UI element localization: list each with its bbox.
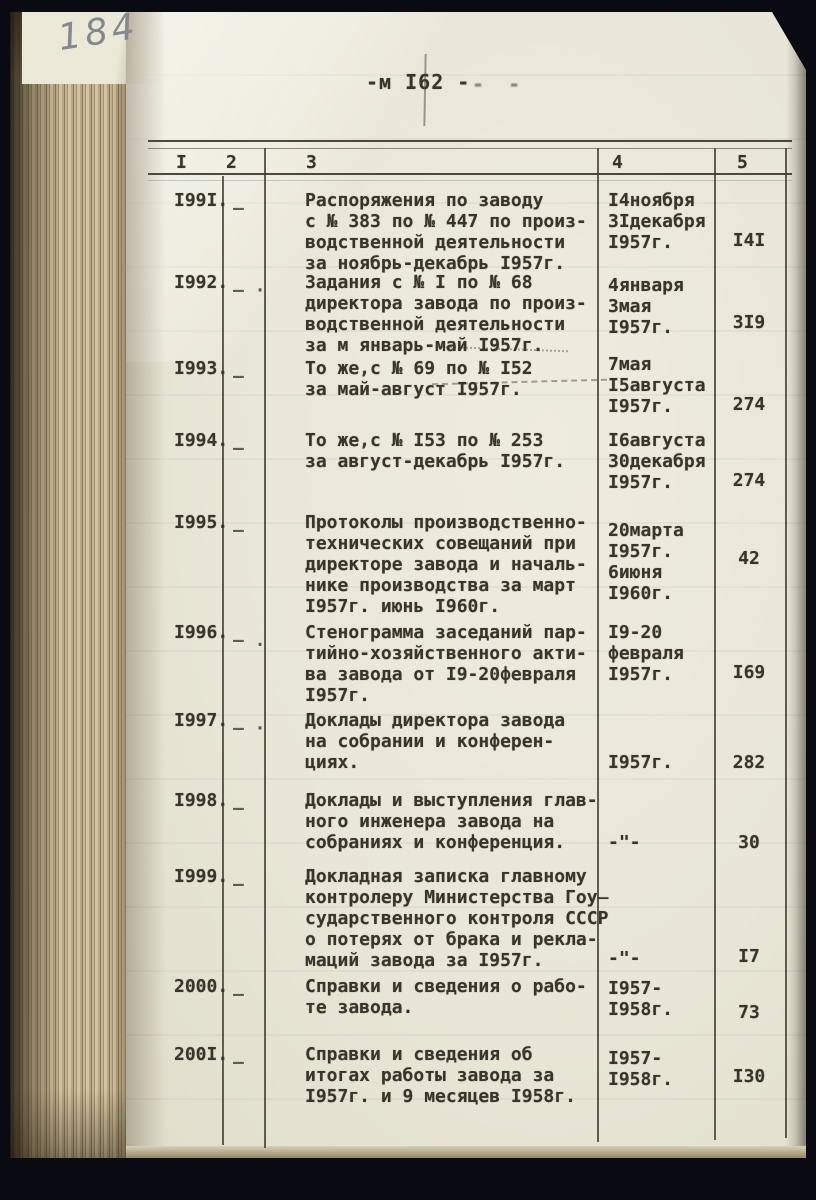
- row-check-mark: —: [233, 198, 244, 219]
- page-bottom-edge: [126, 1146, 806, 1158]
- row-description-line: циях.: [305, 752, 359, 773]
- row-description-line: директоре завода и началь-: [305, 554, 587, 575]
- row-number: 200I.: [174, 1044, 228, 1065]
- row-number: 2000.: [174, 976, 228, 997]
- row-sheet-count: I4I: [714, 230, 784, 251]
- table-rule-top: [148, 140, 792, 142]
- table-right-border: [785, 148, 787, 1138]
- column-divider-4-5: [714, 148, 716, 1140]
- row-sheet-count: 274: [714, 394, 784, 415]
- row-description-line: за май-август I957г.: [305, 379, 522, 400]
- row-dates-line: I957-: [608, 1048, 662, 1069]
- row-number: I995.: [174, 512, 228, 533]
- row-description-line: за м январь-май I957г.: [305, 335, 543, 356]
- row-dates-line: I958г.: [608, 1069, 673, 1090]
- row-description-line: Стенограмма заседаний пар-: [305, 622, 587, 643]
- row-check-mark: — .: [233, 630, 266, 651]
- column-divider-1-2: [222, 176, 224, 1145]
- row-sheet-count: 274: [714, 470, 784, 491]
- column-divider-3-4: [597, 148, 599, 1142]
- row-description-line: директора завода по произ-: [305, 293, 587, 314]
- row-number: I997.: [174, 710, 228, 731]
- row-description-line: маций завода за I957г.: [305, 950, 543, 971]
- row-description-line: То же,с № I53 по № 253: [305, 430, 543, 451]
- row-dates-line: -"-: [608, 832, 641, 853]
- row-description-line: сударственного контроля СССР: [305, 908, 608, 929]
- row-description-line: Задания с № I по № 68: [305, 272, 533, 293]
- row-dates-line: I4ноября: [608, 190, 695, 211]
- row-dates-line: I5августа: [608, 375, 706, 396]
- row-dates-line: I957г.: [608, 752, 673, 773]
- row-dates-line: I957г.: [608, 317, 673, 338]
- row-check-mark: —: [233, 874, 244, 895]
- row-dates-line: I957г.: [608, 472, 673, 493]
- row-check-mark: —: [233, 1052, 244, 1073]
- row-sheet-count: I69: [714, 662, 784, 683]
- row-number: I993.: [174, 358, 228, 379]
- row-dates-line: I960г.: [608, 583, 673, 604]
- row-sheet-count: 30: [714, 832, 784, 853]
- row-description-line: Доклады директора завода: [305, 710, 565, 731]
- table-rule-top-2: [148, 148, 792, 149]
- row-description-line: Справки и сведения об: [305, 1044, 533, 1065]
- row-number: I992.: [174, 272, 228, 293]
- column-header-3: 3: [306, 152, 317, 173]
- row-description-line: технических совещаний при: [305, 533, 576, 554]
- row-description-line: Справки и сведения о рабо-: [305, 976, 587, 997]
- row-description-line: нике производства за март: [305, 575, 576, 596]
- row-description-line: ва завода от I9-20февраля: [305, 664, 576, 685]
- row-number: I998.: [174, 790, 228, 811]
- column-header-2: 2: [226, 152, 237, 173]
- row-dates-line: I957г.: [608, 396, 673, 417]
- row-check-mark: —: [233, 366, 244, 387]
- row-description-line: Протоколы производственно-: [305, 512, 587, 533]
- row-description-line: те завода.: [305, 997, 413, 1018]
- ink-smudge: - -: [472, 74, 520, 95]
- row-description-line: То же,с № 69 по № I52: [305, 358, 533, 379]
- column-header-1: I: [176, 152, 187, 173]
- row-dates-line: I957г.: [608, 664, 673, 685]
- row-dates-line: -"-: [608, 948, 641, 969]
- row-check-mark: —: [233, 798, 244, 819]
- gutter-shadow: [126, 12, 166, 1158]
- row-description-line: Докладная записка главному: [305, 866, 587, 887]
- book-page-edges: [10, 12, 126, 1158]
- row-dates-line: I957г.: [608, 541, 673, 562]
- row-description-line: водственной деятельности: [305, 232, 565, 253]
- row-dates-line: 4января: [608, 275, 684, 296]
- row-description-line: контролеру Министерства Гоу̶: [305, 887, 608, 908]
- row-check-mark: —: [233, 984, 244, 1005]
- row-dates-line: I958г.: [608, 999, 673, 1020]
- row-description-line: I957г. июнь I960г.: [305, 596, 500, 617]
- row-description-line: за август-декабрь I957г.: [305, 451, 565, 472]
- row-sheet-count: 73: [714, 1002, 784, 1023]
- row-description-line: на собрании и конферен-: [305, 731, 554, 752]
- row-sheet-count: I30: [714, 1066, 784, 1087]
- photo-border-top: [0, 0, 816, 12]
- row-description-line: I957г.: [305, 685, 370, 706]
- column-header-4: 4: [612, 152, 623, 173]
- row-sheet-count: I7: [714, 946, 784, 967]
- row-check-mark: —: [233, 438, 244, 459]
- row-description-line: Доклады и выступления глав-: [305, 790, 598, 811]
- row-dates-line: 3Iдекабря: [608, 211, 706, 232]
- photo-border-left: [0, 0, 10, 1200]
- photo-border-right: [806, 0, 816, 1200]
- row-description-line: тийно-хозяйственного акти-: [305, 643, 587, 664]
- row-description-line: ного инженера завода на: [305, 811, 554, 832]
- row-description-line: водственной деятельности: [305, 314, 565, 335]
- row-dates-line: 30декабря: [608, 451, 706, 472]
- row-dates-line: 7мая: [608, 354, 651, 375]
- row-description-line: за ноябрь-декабрь I957г.: [305, 253, 565, 274]
- row-description-line: итогах работы завода за: [305, 1065, 554, 1086]
- row-check-mark: — ·: [233, 280, 266, 301]
- table-rule-under-header: [148, 173, 792, 175]
- row-dates-line: 6июня: [608, 562, 662, 583]
- row-dates-line: I957-: [608, 978, 662, 999]
- row-description-line: собраниях и конференция.: [305, 832, 565, 853]
- row-dates-line: I9-20: [608, 622, 662, 643]
- row-description-line: I957г. и 9 месяцев I958г.: [305, 1086, 576, 1107]
- row-description-line: о потерях от брака и рекла-: [305, 929, 598, 950]
- typed-page-number: -м I62 -: [366, 72, 470, 93]
- row-dates-line: I6августа: [608, 430, 706, 451]
- archival-scan: 184 -м I62 - - - I 2 3 4 5 I99I.—Распоря…: [0, 0, 816, 1200]
- row-sheet-count: 282: [714, 752, 784, 773]
- row-number: I996.: [174, 622, 228, 643]
- row-check-mark: — ·: [233, 718, 266, 739]
- row-description-line: Распоряжения по заводу: [305, 190, 543, 211]
- row-check-mark: —: [233, 520, 244, 541]
- photo-border-bottom: [0, 1158, 816, 1200]
- row-number: I99I.: [174, 190, 228, 211]
- row-dates-line: 3мая: [608, 296, 651, 317]
- row-description-line: с № 383 по № 447 по произ-: [305, 211, 587, 232]
- column-header-5: 5: [737, 152, 748, 173]
- row-sheet-count: 42: [714, 548, 784, 569]
- row-number: I994.: [174, 430, 228, 451]
- row-dates-line: 20марта: [608, 520, 684, 541]
- row-number: I999.: [174, 866, 228, 887]
- page-fold-edge: [786, 12, 806, 1158]
- row-dates-line: февраля: [608, 643, 684, 664]
- row-dates-line: I957г.: [608, 232, 673, 253]
- table-rule-faint: [148, 180, 792, 181]
- row-sheet-count: 3I9: [714, 312, 784, 333]
